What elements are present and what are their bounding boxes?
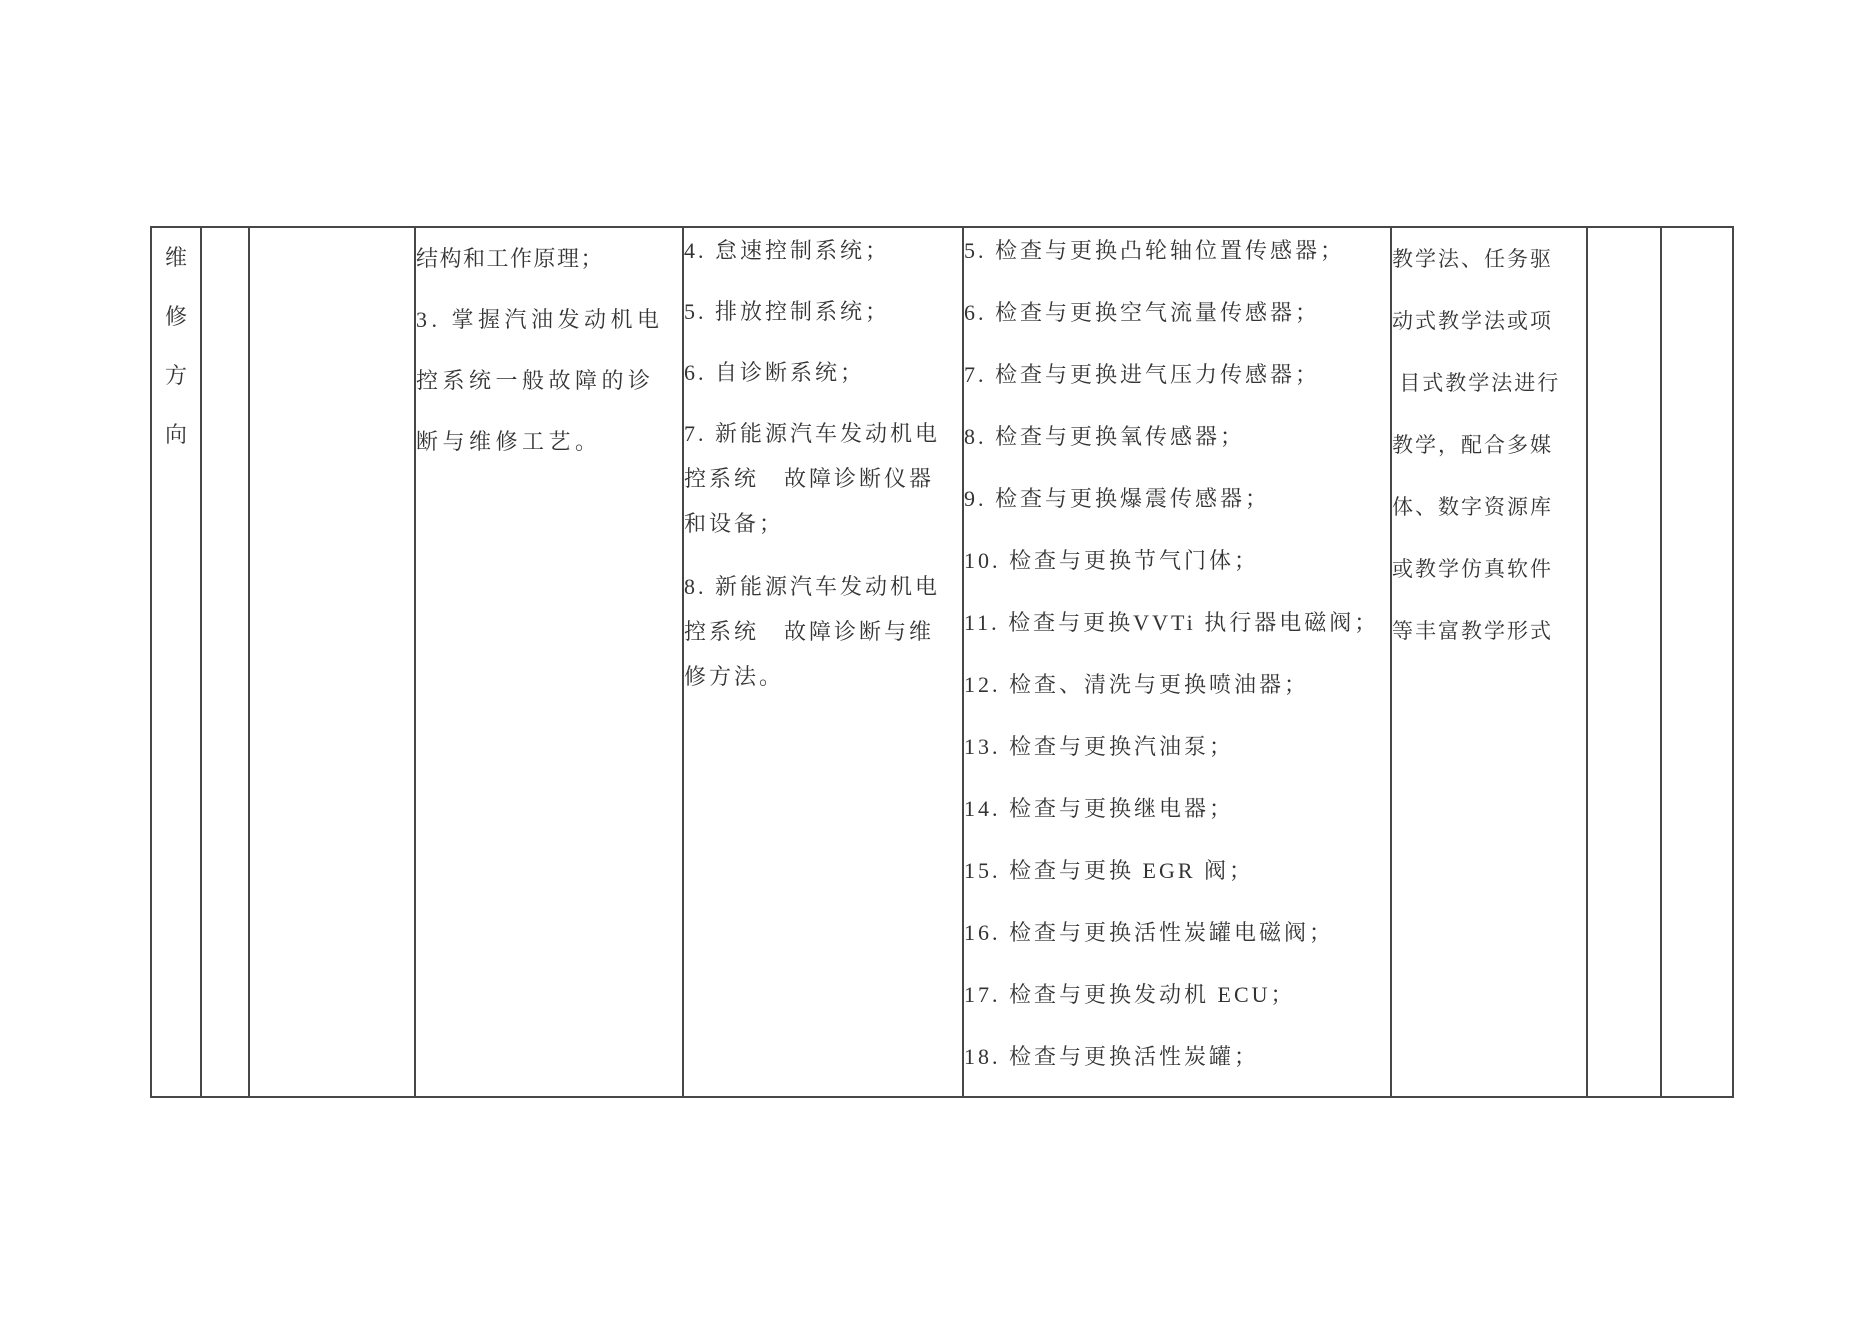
task-item: 8. 检查与更换氧传感器； [964,414,1390,459]
task-item: 6. 检查与更换空气流量传感器； [964,290,1390,335]
teaching-methods-text: 教学法、任务驱 动式教学法或项 目式教学法进行 教学，配合多媒 体、数字资源库 … [1392,228,1586,662]
task-item: 16. 检查与更换活性炭罐电磁阀； [964,910,1390,955]
system-item: 4. 怠速控制系统； [684,228,962,273]
cell-empty-4 [1661,227,1733,1097]
cell-empty-3 [1587,227,1661,1097]
cell-empty-1 [201,227,249,1097]
system-item: 7. 新能源汽车发动机电 控系统 故障诊断仪器 和设备； [684,411,962,546]
knowledge-paragraph-2: 3. 掌握汽油发动机电 控系统一般故障的诊 断与维修工艺。 [416,289,682,472]
task-item: 18. 检查与更换活性炭罐； [964,1034,1390,1079]
task-item: 7. 检查与更换进气压力传感器； [964,352,1390,397]
task-item: 17. 检查与更换发动机 ECU； [964,972,1390,1017]
cell-direction: 维 修 方 向 [151,227,201,1097]
table-row: 维 修 方 向 结构和工作原理； 3. 掌握汽油发动机电 控系统一般故障的诊 断… [151,227,1733,1097]
task-item: 13. 检查与更换汽油泵； [964,724,1390,769]
document-page: 维 修 方 向 结构和工作原理； 3. 掌握汽油发动机电 控系统一般故障的诊 断… [0,0,1871,1323]
knowledge-paragraph-1: 结构和工作原理； [416,228,682,289]
task-item: 5. 检查与更换凸轮轴位置传感器； [964,228,1390,273]
cell-systems-list: 4. 怠速控制系统； 5. 排放控制系统； 6. 自诊断系统； 7. 新能源汽车… [683,227,963,1097]
task-item: 12. 检查、清洗与更换喷油器； [964,662,1390,707]
task-item: 10. 检查与更换节气门体； [964,538,1390,583]
task-item: 11. 检查与更换VVTi 执行器电磁阀； [964,600,1390,645]
cell-empty-2 [249,227,415,1097]
cell-teaching-methods: 教学法、任务驱 动式教学法或项 目式教学法进行 教学，配合多媒 体、数字资源库 … [1391,227,1587,1097]
task-item: 9. 检查与更换爆震传感器； [964,476,1390,521]
task-item: 14. 检查与更换继电器； [964,786,1390,831]
cell-task-list: 5. 检查与更换凸轮轴位置传感器； 6. 检查与更换空气流量传感器； 7. 检查… [963,227,1391,1097]
system-item: 6. 自诊断系统； [684,350,962,395]
system-item: 5. 排放控制系统； [684,289,962,334]
cell-knowledge-goals: 结构和工作原理； 3. 掌握汽油发动机电 控系统一般故障的诊 断与维修工艺。 [415,227,683,1097]
curriculum-table: 维 修 方 向 结构和工作原理； 3. 掌握汽油发动机电 控系统一般故障的诊 断… [150,226,1734,1098]
task-item: 15. 检查与更换 EGR 阀； [964,848,1390,893]
direction-label: 维 修 方 向 [152,228,200,464]
system-item: 8. 新能源汽车发动机电 控系统 故障诊断与维 修方法。 [684,564,962,699]
